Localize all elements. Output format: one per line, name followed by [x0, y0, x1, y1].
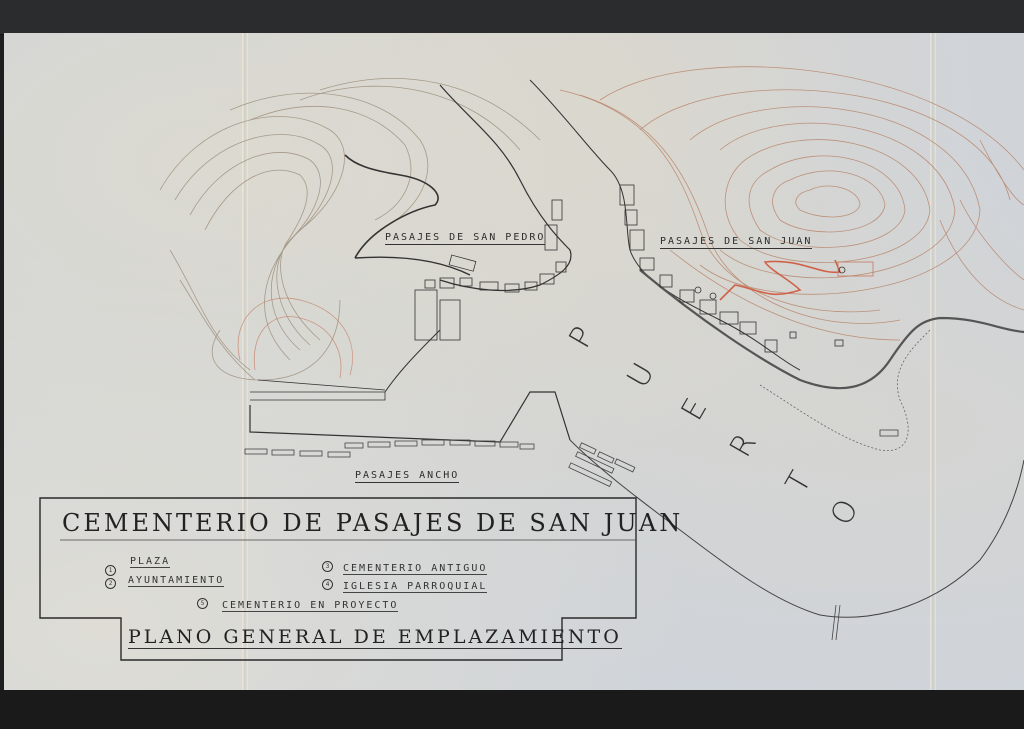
- san-pedro-buildings: [415, 200, 566, 340]
- coastal-road: [640, 270, 1024, 388]
- map-drawing: [0, 0, 1024, 729]
- label-pasajes-san-juan: PASAJES DE SAN JUAN: [660, 236, 812, 249]
- plan-subtitle: PLANO GENERAL DE EMPLAZAMIENTO: [128, 626, 622, 649]
- san-juan-buildings: [620, 185, 873, 352]
- legend-item-iglesia-parroquial: IGLESIA PARROQUIAL: [343, 581, 487, 593]
- contour-lines-east: [560, 67, 1024, 340]
- legend-number: 3: [322, 561, 333, 572]
- legend-title: CEMENTERIO DE PASAJES DE SAN JUAN: [62, 509, 683, 537]
- legend-item-plaza: PLAZA: [130, 556, 170, 568]
- legend-item-cementerio-antiguo: CEMENTERIO ANTIGUO: [343, 563, 487, 575]
- san-pedro-coast: [440, 85, 571, 290]
- legend-item-ayuntamiento: AYUNTAMIENTO: [128, 575, 224, 587]
- contour-lines-west: [160, 78, 540, 380]
- legend-number: 2: [105, 578, 116, 589]
- pasajes-ancho-pier: [250, 392, 570, 442]
- legend-number: 5: [197, 598, 208, 609]
- contour-lines-west-red: [238, 298, 352, 378]
- legend-number: 1: [105, 565, 116, 576]
- label-pasajes-ancho: PASAJES ANCHO: [355, 470, 459, 483]
- legend-item-cementerio-en-proyecto: CEMENTERIO EN PROYECTO: [222, 600, 398, 612]
- legend-number: 4: [322, 579, 333, 590]
- label-pasajes-san-pedro: PASAJES DE SAN PEDRO: [385, 232, 545, 245]
